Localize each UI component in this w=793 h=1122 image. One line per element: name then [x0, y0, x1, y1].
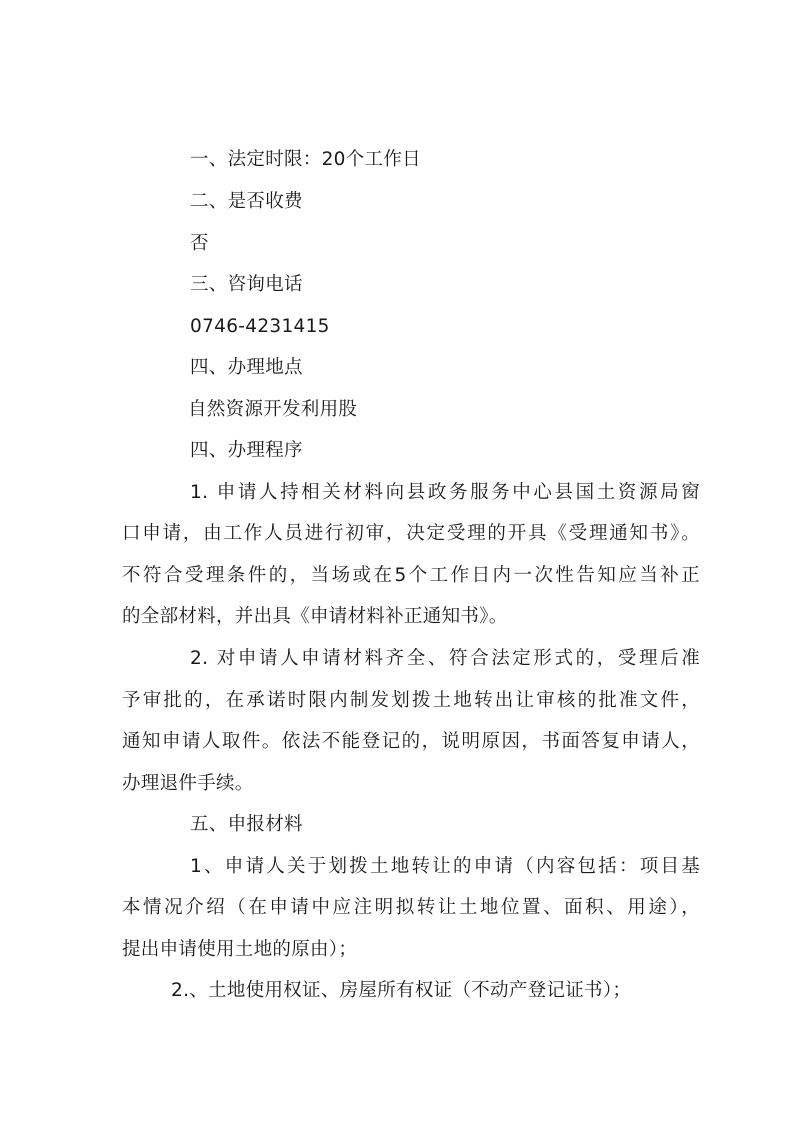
paragraph-line: 办理退件手续。 [122, 772, 254, 796]
paragraph-line: 口申请，由工作人员进行初审，决定受理的开具《受理通知书》。 [122, 522, 700, 546]
paragraph-line: 通知申请人取件。依法不能登记的，说明原因，书面答复申请人， [122, 730, 700, 754]
location-heading: 四、办理地点 [190, 356, 303, 380]
time-limit-heading: 一、法定时限：20个工作日 [190, 148, 421, 172]
procedure-heading: 四、办理程序 [190, 439, 303, 463]
phone-value: 0746-4231415 [190, 315, 330, 339]
materials-heading: 五、申报材料 [190, 813, 303, 837]
materials-item-2: 2.、土地使用权证、房屋所有权证（不动产登记证书）； [171, 979, 631, 1003]
paragraph-line: 1. 申请人持相关材料向县政务服务中心县国土资源局窗 [190, 481, 700, 505]
paragraph-line: 2. 对申请人申请材料齐全、符合法定形式的，受理后准 [190, 647, 700, 671]
fee-heading: 二、是否收费 [190, 190, 303, 214]
paragraph-line: 本情况介绍（在申请中应注明拟转让土地位置、面积、用途）， [122, 896, 700, 920]
paragraph-line: 提出申请使用土地的原由）； [122, 938, 357, 962]
paragraph-line: 不符合受理条件的，当场或在5个工作日内一次性告知应当补正 [122, 564, 700, 588]
paragraph-line: 予审批的，在承诺时限内制发划拨土地转出让审核的批准文件， [122, 689, 700, 713]
phone-heading: 三、咨询电话 [190, 273, 303, 297]
paragraph-line: 的全部材料，并出具《申请材料补正通知书》。 [122, 605, 508, 629]
location-value: 自然资源开发利用股 [188, 398, 357, 422]
fee-value: 否 [190, 232, 209, 256]
paragraph-line: 1、申请人关于划拨土地转让的申请（内容包括：项目基 [190, 855, 700, 879]
